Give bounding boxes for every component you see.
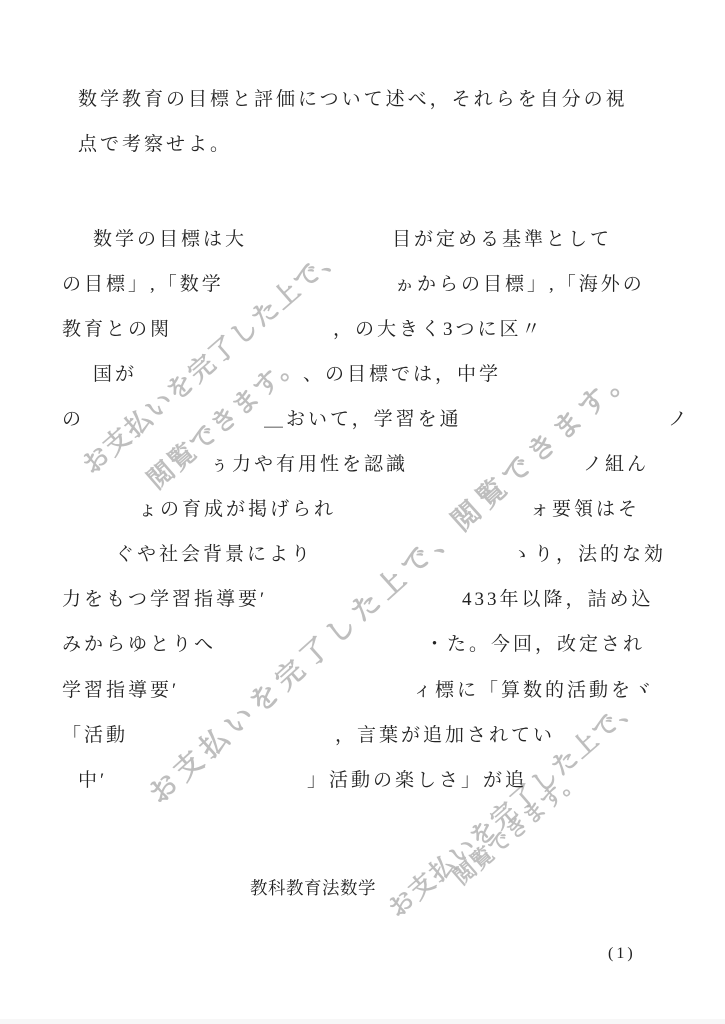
body-text-segment: ノ組ん	[583, 453, 649, 477]
body-text-segment: ゕからの目標」,「海外の	[395, 273, 645, 297]
body-text-segment: ，の大きく3つに区〃	[333, 318, 544, 342]
body-text-segment: ィ標に「算数的活動をヾ	[413, 679, 655, 703]
body-text-segment: 」活動の楽しさ」が追	[307, 769, 527, 793]
body-text-segment: みからゆとりへ	[62, 633, 216, 657]
body-text-segment: ぅ力や有用性を認識	[210, 453, 408, 477]
body-text-segment: 433年以降，詰め込	[462, 588, 654, 612]
body-text-segment: ゝり，法的な効	[512, 543, 666, 567]
body-text-segment: ，言葉が追加されてい	[335, 724, 555, 748]
body-text-segment: 目が定める基準として	[392, 228, 612, 252]
body-text-segment: 学習指導要′	[62, 679, 179, 703]
body-text-segment: 中′	[78, 769, 107, 793]
body-text-segment: ノ	[668, 408, 690, 432]
body-text-segment: 力をもつ学習指導要′	[62, 588, 267, 612]
body-text-segment: 「活動	[62, 724, 128, 748]
prompt-line-2: 点で考察せよ。	[78, 133, 232, 157]
body-text-segment: ょの育成が掲げられ	[138, 498, 336, 522]
body-text-segment: 国が	[93, 363, 137, 387]
body-text-segment: 教育との関	[62, 318, 172, 342]
body-text-segment: の	[62, 408, 84, 432]
watermark-pay-notice-line1: お支払いを完了した上で、	[379, 685, 647, 924]
page-number: (1)	[608, 942, 636, 966]
body-text-segment: の目標」,「数学	[62, 273, 224, 297]
prompt-line-1: 数学教育の目標と評価について述べ，それらを自分の視	[78, 88, 628, 112]
body-text-segment: ォ要領はそ	[530, 498, 640, 522]
page-bottom-edge	[0, 1019, 725, 1024]
body-text-segment: ＿おいて，学習を通	[264, 408, 462, 432]
body-text-segment: ・た。今回，改定され	[425, 633, 645, 657]
body-text-segment: 、の目標では，中学	[303, 363, 501, 387]
scanned-document-page: お支払いを完了した上で、 閲覧できます。 お支払いを完了した上で、閲覧できます。…	[0, 0, 725, 1024]
footer-course-title: 教科教育法数学	[250, 876, 376, 900]
body-text-segment: 数学の目標は大	[93, 228, 247, 252]
body-text-segment: ぐや社会背景により	[115, 543, 313, 567]
